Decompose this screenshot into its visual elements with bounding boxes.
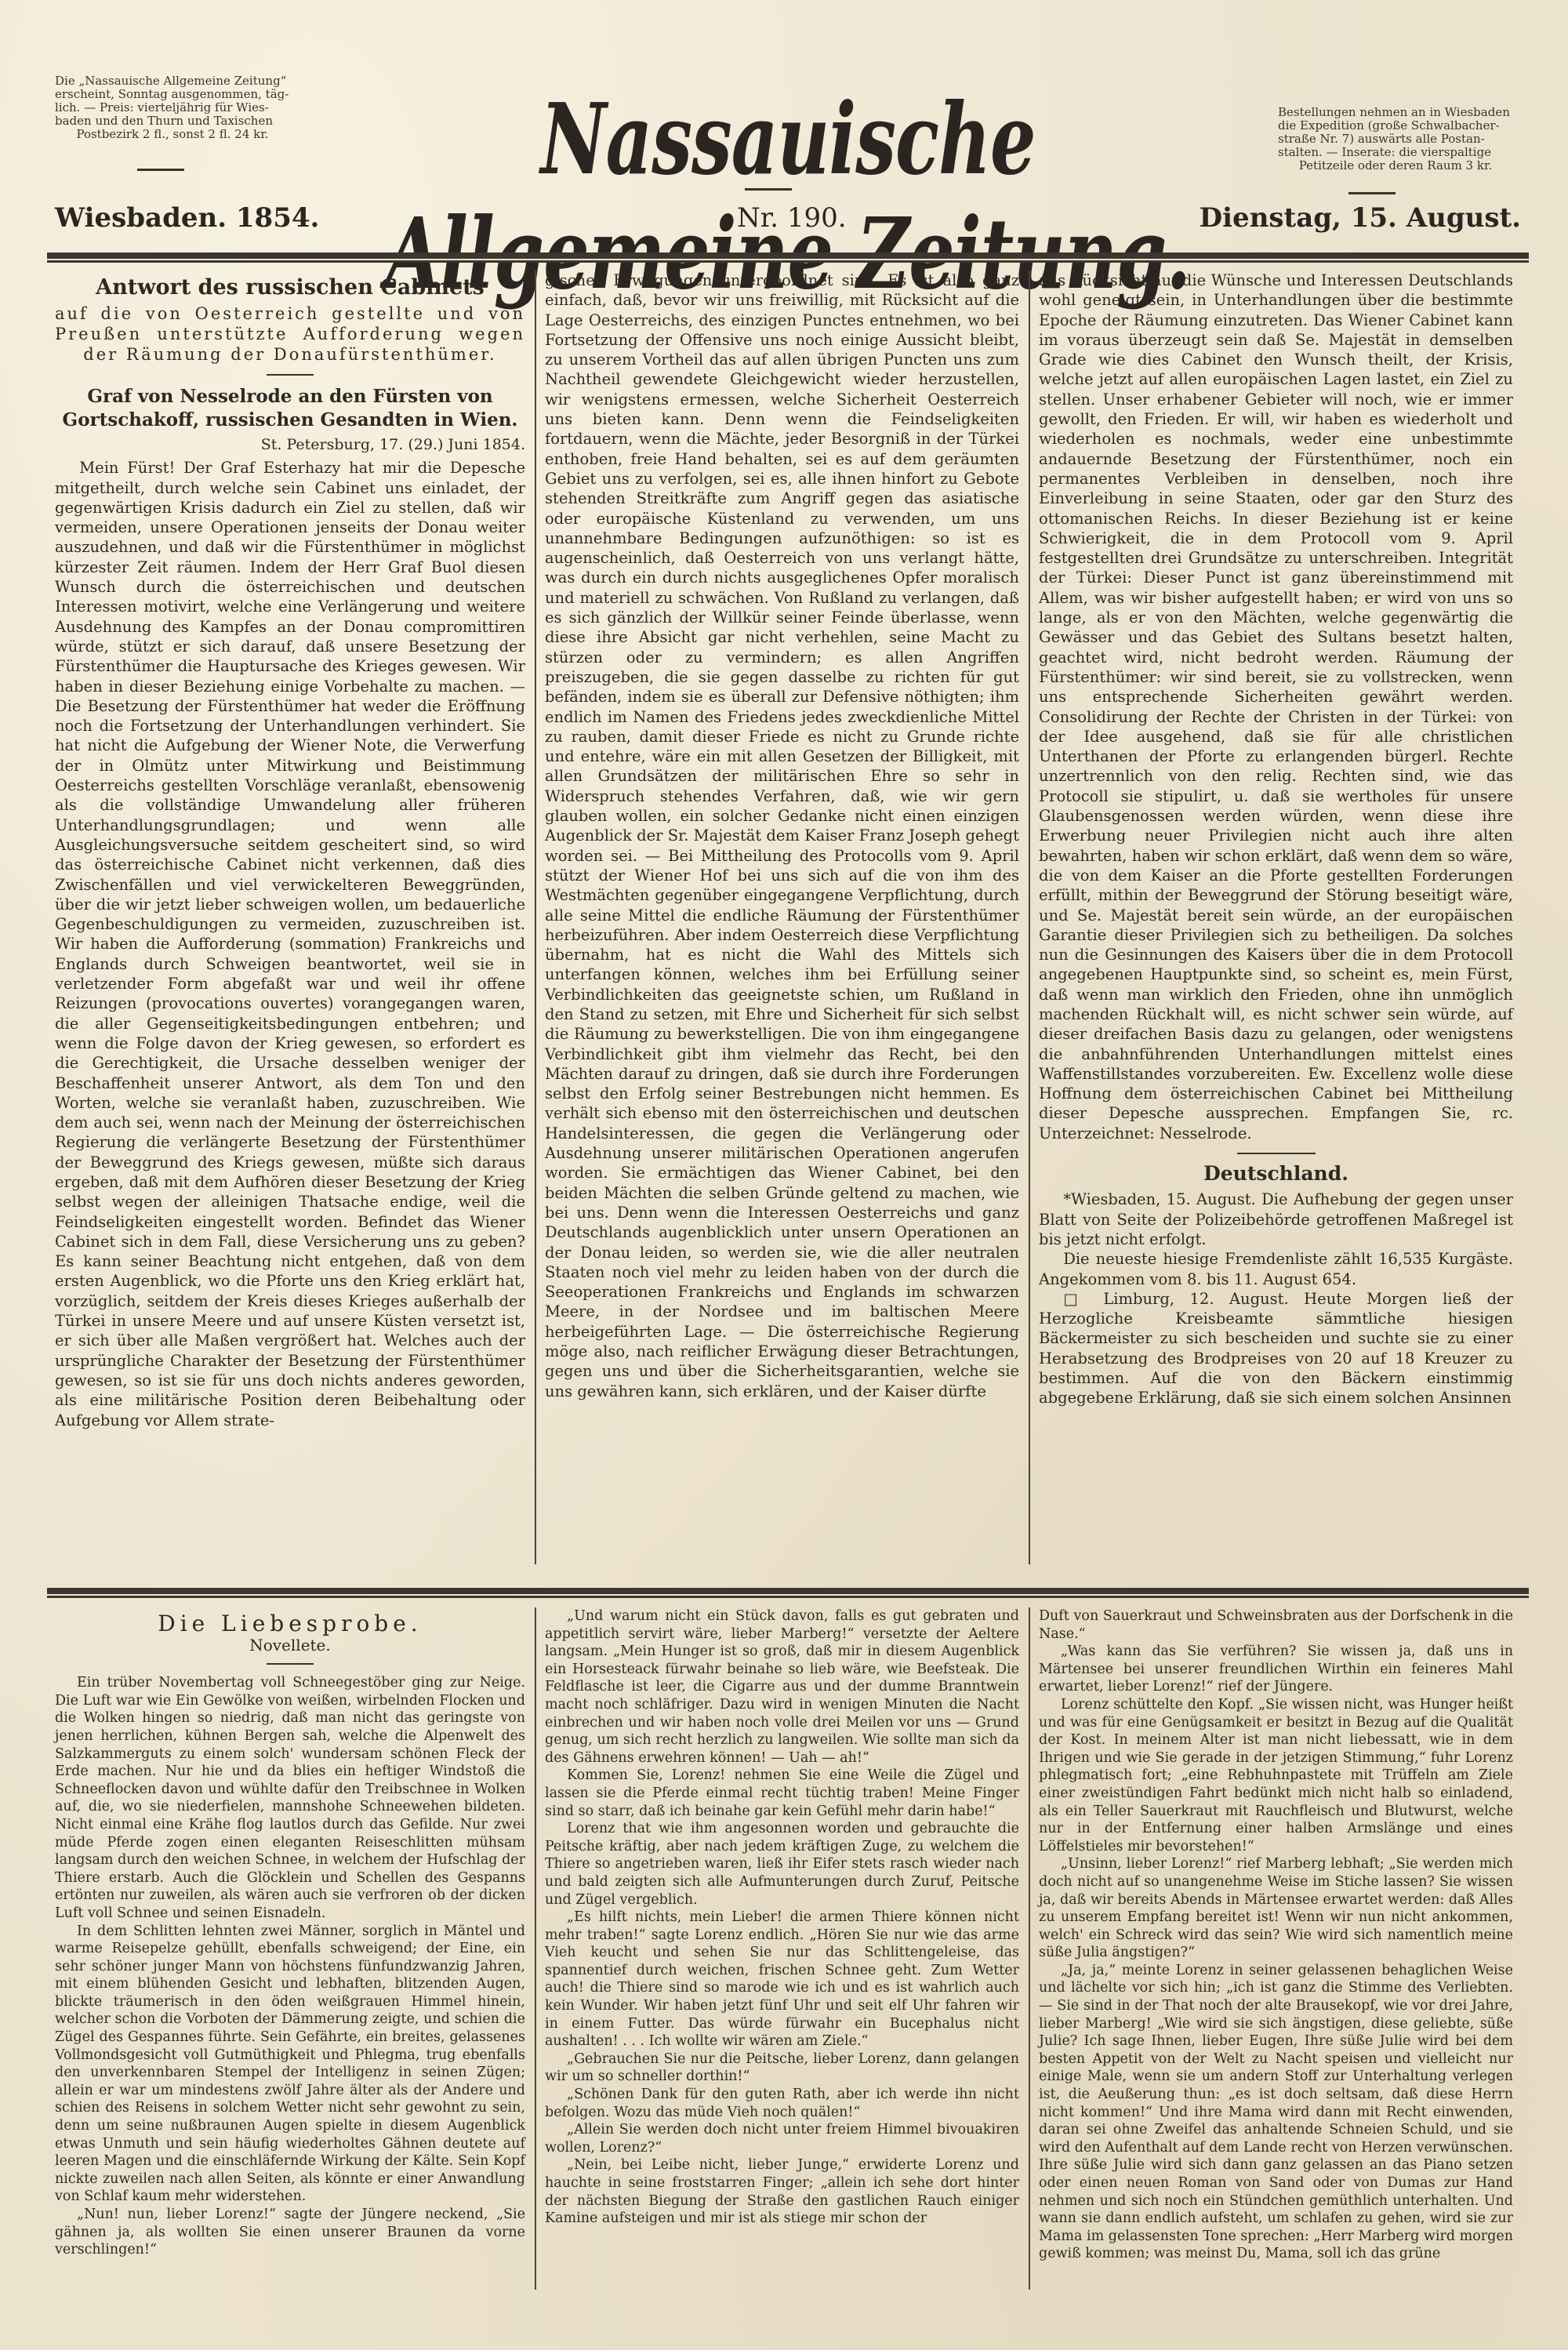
- story-paragraph: „Nein, bei Leibe nicht, lieber Junge,“ e…: [545, 2156, 1019, 2227]
- column-rule: [1029, 1607, 1030, 2290]
- story-paragraph: „Gebrauchen Sie nur die Peitsche, lieber…: [545, 2050, 1019, 2086]
- story-paragraph: „Allein Sie werden doch nicht unter frei…: [545, 2121, 1019, 2156]
- article-subheadline: auf die von Oesterreich gestellte und vo…: [55, 303, 525, 365]
- column-rule: [535, 271, 536, 1564]
- story-paragraph: Kommen Sie, Lorenz! nehmen Sie eine Weil…: [545, 1767, 1019, 1820]
- lead-article-column-3: aus Rücksicht auf die Wünsche und Intere…: [1039, 271, 1513, 1568]
- notice-line: Die „Nassauische Allgemeine Zeitung“: [55, 74, 290, 88]
- notice-line: baden und den Thurn und Taxischen: [55, 114, 290, 128]
- divider: [137, 169, 184, 171]
- subscription-notice: Die „Nassauische Allgemeine Zeitung“ ers…: [55, 74, 290, 141]
- issue-number: Nr. 190.: [737, 202, 847, 234]
- story-paragraph: In dem Schlitten lehnten zwei Männer, so…: [55, 1923, 525, 2207]
- article-body: aus Rücksicht auf die Wünsche und Intere…: [1039, 271, 1513, 1143]
- story-paragraph: „Und warum nicht ein Stück davon, falls …: [545, 1607, 1019, 1767]
- lead-article-column-2: gischen Erwägungen untergeordnet sind. E…: [545, 271, 1019, 1568]
- notice-line: lich. — Preis: vierteljährig für Wies-: [55, 101, 290, 114]
- article-body: gischen Erwägungen untergeordnet sind. E…: [545, 271, 1019, 1401]
- orders-notice: Bestellungen nehmen an in Wiesbaden die …: [1278, 106, 1513, 173]
- notice-line: Bestellungen nehmen an in Wiesbaden: [1278, 106, 1513, 119]
- notice-line: erscheint, Sonntag ausgenommen, täg-: [55, 88, 290, 101]
- dateline: Wiesbaden. 1854. Nr. 190. Dienstag, 15. …: [47, 202, 1529, 242]
- notice-line: Postbezirk 2 fl., sonst 2 fl. 24 kr.: [55, 128, 290, 141]
- header-rule: [47, 252, 1529, 260]
- notice-line: stalten. — Inserate: die vierspaltige: [1278, 146, 1513, 159]
- column-rule: [1029, 271, 1030, 1564]
- divider: [745, 188, 792, 191]
- notice-line: straße Nr. 7) auswärts alle Postan-: [1278, 133, 1513, 146]
- feuilleton-column-2: „Und warum nicht ein Stück davon, falls …: [545, 1607, 1019, 2290]
- story-paragraph: „Es hilft nichts, mein Lieber! die armen…: [545, 1909, 1019, 2050]
- news-item: □ Limburg, 12. August. Heute Morgen ließ…: [1039, 1289, 1513, 1408]
- newspaper-page: Die „Nassauische Allgemeine Zeitung“ ers…: [47, 0, 1529, 2350]
- story-paragraph: „Nun! nun, lieber Lorenz!“ sagte der Jün…: [55, 2206, 525, 2259]
- divider: [1237, 1153, 1316, 1154]
- letter-place-date: St. Petersburg, 17. (29.) Juni 1854.: [55, 435, 525, 455]
- story-paragraph: „Ja, ja,“ meinte Lorenz in seiner gelass…: [1039, 1962, 1513, 2263]
- story-paragraph: „Unsinn, lieber Lorenz!“ rief Marberg le…: [1039, 1855, 1513, 1962]
- section-title-deutschland: Deutschland.: [1039, 1164, 1513, 1183]
- place-year: Wiesbaden. 1854.: [55, 202, 319, 234]
- news-item: Die neueste hiesige Fremdenliste zählt 1…: [1039, 1249, 1513, 1289]
- column-rule: [535, 1607, 536, 2290]
- divider: [267, 374, 314, 376]
- feuilleton-rule: [47, 1588, 1529, 1596]
- story-paragraph: „Was kann das Sie verführen? Sie wissen …: [1039, 1643, 1513, 1696]
- notice-line: Petitzeile oder deren Raum 3 kr.: [1278, 159, 1513, 173]
- lead-article-column-1: Antwort des russischen Cabinets auf die …: [55, 271, 525, 1568]
- feuilleton-column-3: Duft von Sauerkraut und Schweinsbraten a…: [1039, 1607, 1513, 2290]
- feuilleton-column-1: Die Liebesprobe. Novellete. Ein trüber N…: [55, 1607, 525, 2282]
- article-body: Mein Fürst! Der Graf Esterhazy hat mir d…: [55, 458, 525, 1430]
- story-paragraph: Ein trüber Novembertag voll Schneegestöb…: [55, 1674, 525, 1922]
- story-paragraph: Lorenz that wie ihm angesonnen worden un…: [545, 1820, 1019, 1909]
- story-paragraph: „Schönen Dank für den guten Rath, aber i…: [545, 2086, 1019, 2121]
- divider: [267, 1663, 314, 1665]
- masthead: Die „Nassauische Allgemeine Zeitung“ ers…: [47, 74, 1529, 216]
- divider: [1348, 192, 1396, 194]
- notice-line: die Expedition (große Schwalbacher-: [1278, 119, 1513, 133]
- story-paragraph: Duft von Sauerkraut und Schweinsbraten a…: [1039, 1607, 1513, 1643]
- issue-date: Dienstag, 15. August.: [1200, 202, 1521, 234]
- feuilleton-title: Die Liebesprobe.: [55, 1615, 525, 1633]
- letter-heading: Graf von Nesselrode an den Fürsten von G…: [55, 385, 525, 432]
- news-item: *Wiesbaden, 15. August. Die Aufhebung de…: [1039, 1190, 1513, 1249]
- feuilleton-subtitle: Novellete.: [55, 1636, 525, 1654]
- article-headline: Antwort des russischen Cabinets: [55, 275, 525, 300]
- story-paragraph: Lorenz schüttelte den Kopf. „Sie wissen …: [1039, 1696, 1513, 1855]
